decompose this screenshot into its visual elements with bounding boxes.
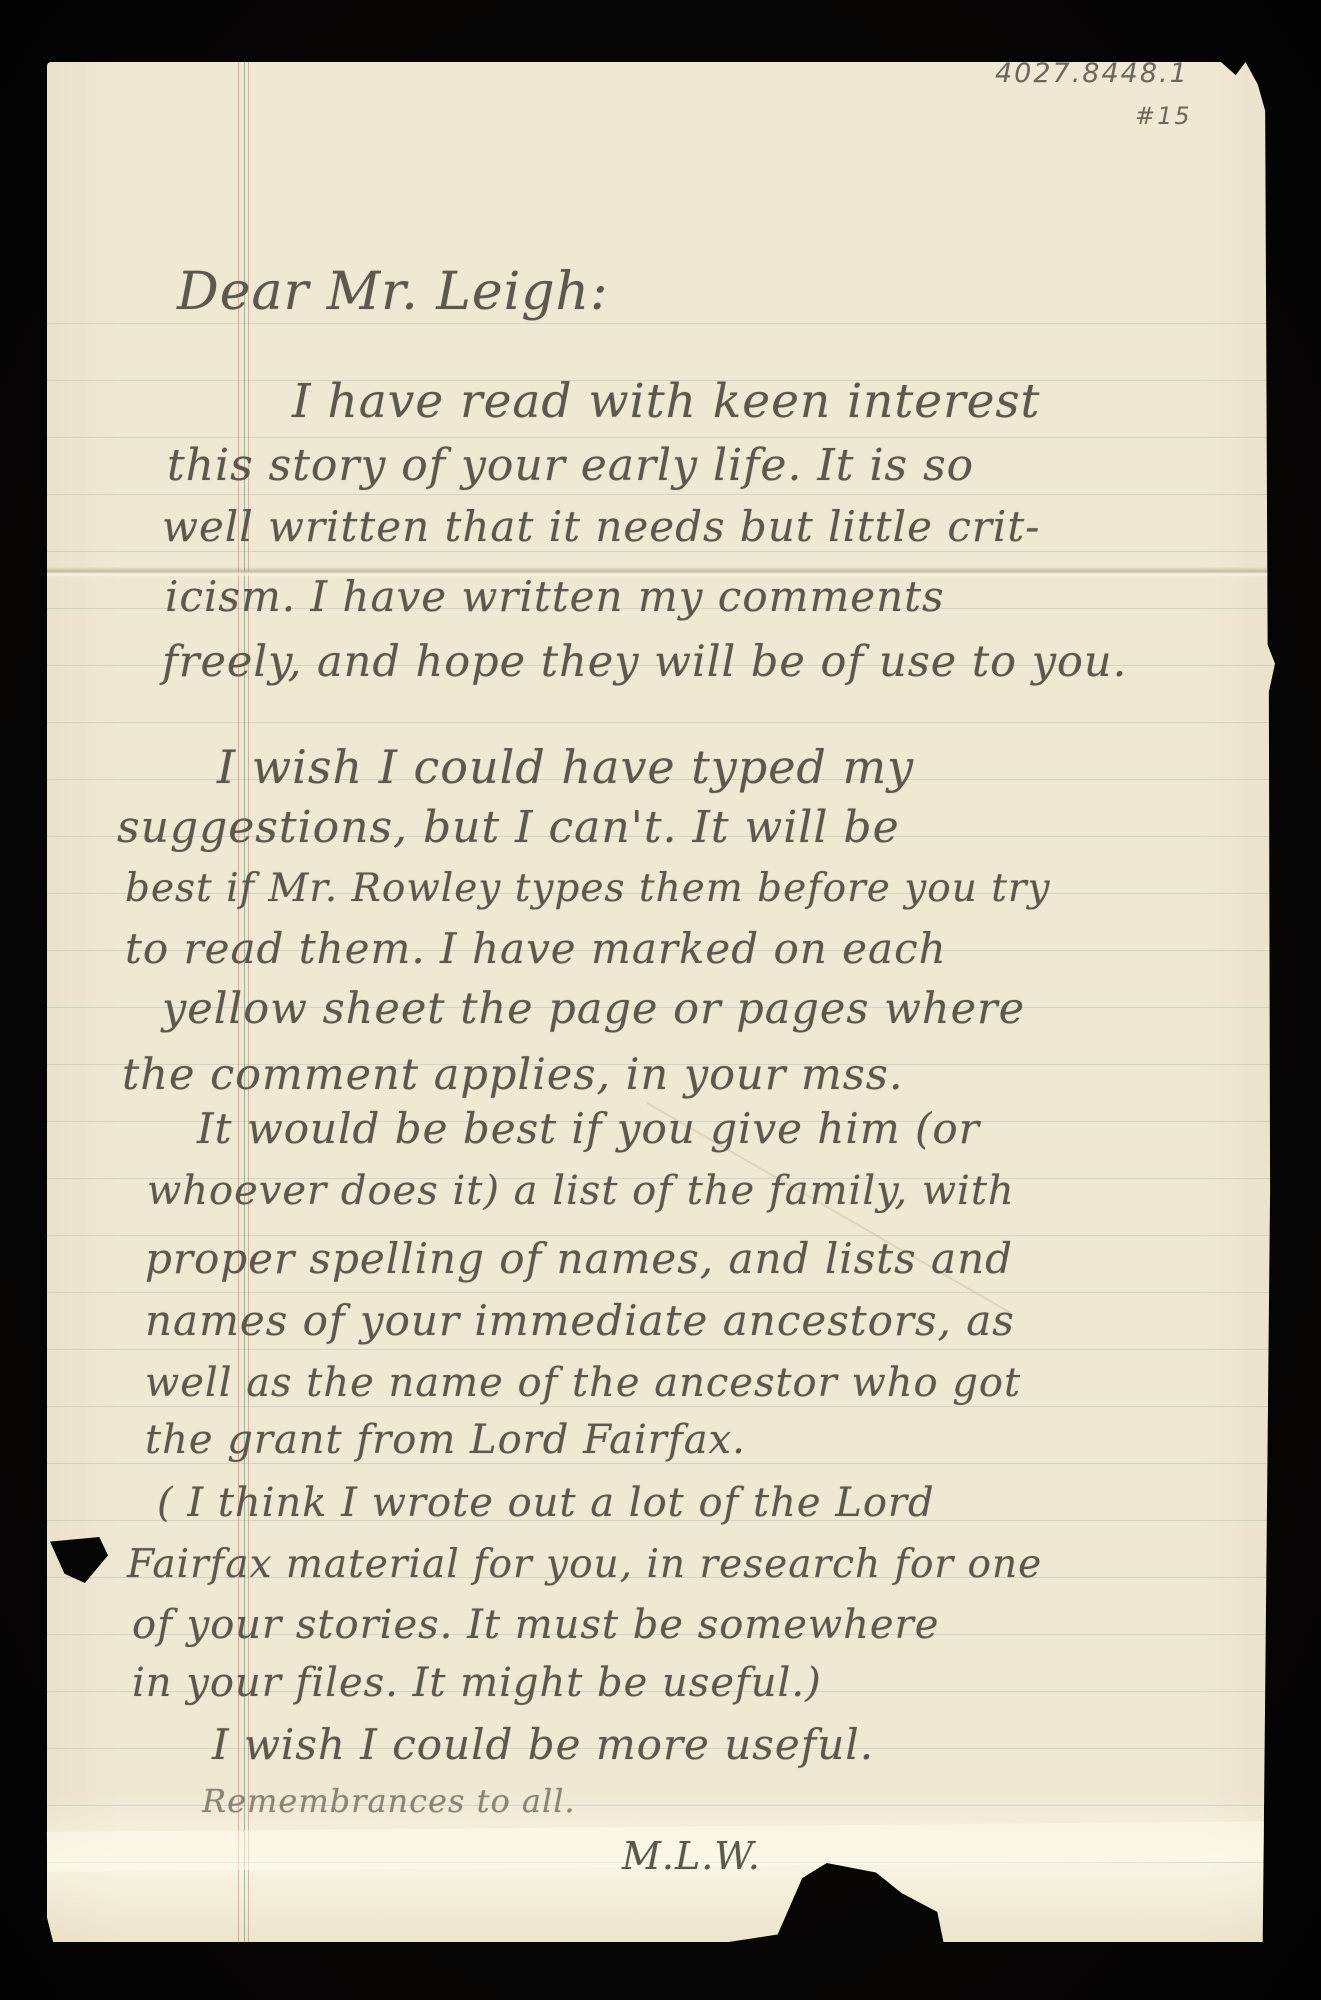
letter-line: well written that it needs but little cr… [162, 502, 1040, 551]
letter-line: in your files. It might be useful.) [132, 1660, 822, 1706]
signature: M.L.W. [622, 1834, 761, 1878]
letter-line: It would be best if you give him (or [197, 1104, 980, 1153]
ruled-line [47, 1349, 1275, 1350]
letter-line: this story of your early life. It is so [167, 440, 974, 491]
ruled-line [47, 722, 1275, 723]
closing: Remembrances to all. [202, 1782, 576, 1820]
salutation: Dear Mr. Leigh: [177, 262, 609, 322]
ruled-line [47, 1292, 1275, 1293]
letter-sheet: 4027.8448.1 #15 Dear Mr. Leigh: I have r… [47, 62, 1275, 1942]
letter-line: the comment applies, in your mss. [122, 1050, 904, 1100]
letter-line: ( I think I wrote out a lot of the Lord [157, 1480, 935, 1526]
letter-line: Fairfax material for you, in research fo… [127, 1542, 1042, 1587]
letter-line: freely, and hope they will be of use to … [162, 637, 1127, 687]
scan-background: 4027.8448.1 #15 Dear Mr. Leigh: I have r… [0, 0, 1321, 2000]
ruled-line [47, 551, 1275, 552]
letter-line: I wish I could be more useful. [212, 1720, 874, 1769]
letter-line: suggestions, but I can't. It will be [117, 802, 900, 853]
letter-line: the grant from Lord Fairfax. [145, 1417, 746, 1463]
accession-number: 4027.8448.1 [995, 58, 1189, 89]
ruled-line [47, 323, 1275, 324]
letter-line: to read them. I have marked on each [125, 924, 947, 973]
ruled-line [47, 1406, 1275, 1407]
ruled-line [47, 437, 1275, 438]
letter-line: names of your immediate ancestors, as [145, 1296, 1015, 1345]
letter-line: proper spelling of names, and lists and [145, 1234, 1013, 1283]
ruled-line [47, 494, 1275, 495]
letter-line: well as the name of the ancestor who got [145, 1360, 1021, 1406]
accession-item: #15 [1135, 102, 1192, 130]
letter-line: icism. I have written my comments [165, 572, 945, 621]
letter-line: I wish I could have typed my [217, 740, 914, 794]
letter-line: best if Mr. Rowley types them before you… [125, 866, 1051, 911]
ruled-line [47, 1463, 1275, 1464]
letter-line: whoever does it) a list of the family, w… [147, 1168, 1015, 1214]
letter-line: I have read with keen interest [292, 374, 1040, 429]
letter-line: of your stories. It must be somewhere [132, 1602, 939, 1648]
letter-line: yellow sheet the page or pages where [162, 984, 1025, 1034]
